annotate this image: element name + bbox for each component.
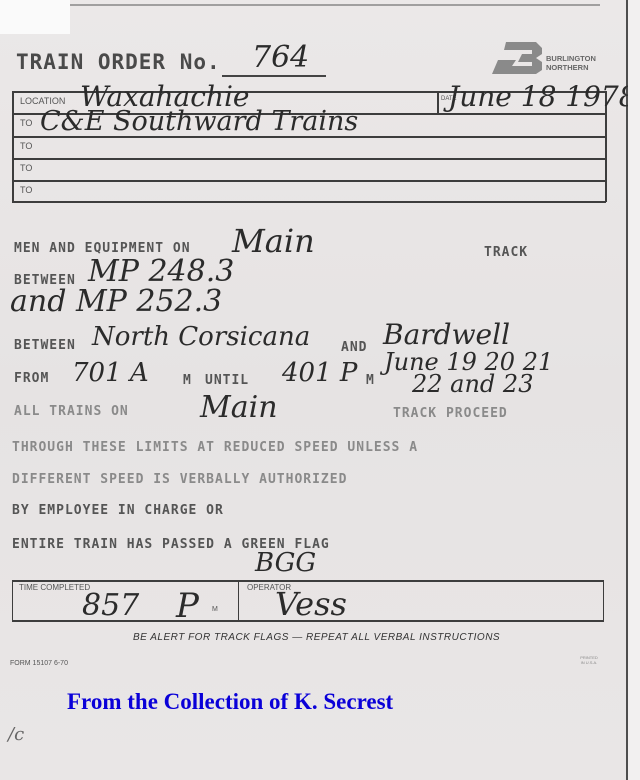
date-value: June 18 1978 [448, 80, 637, 113]
box-line [12, 580, 13, 621]
box-line [238, 580, 239, 621]
to-label-3: TO [20, 163, 32, 173]
collection-caption: From the Collection of K. Secrest [67, 689, 393, 715]
train-order-document: TRAIN ORDER No. 764 BURLINGTON NORTHERN … [0, 0, 628, 780]
box-line [12, 158, 606, 160]
location-label: LOCATION [20, 96, 65, 106]
time-until: 401 P [282, 358, 357, 388]
and-label: AND [341, 340, 367, 355]
to-label-1: TO [20, 118, 32, 128]
railroad-name-line2: NORTHERN [546, 63, 596, 72]
dates-line-2: 22 and 23 [412, 370, 533, 398]
bn-logo-icon [492, 40, 544, 76]
instruction-line-1: THROUGH THESE LIMITS AT REDUCED SPEED UN… [12, 440, 418, 455]
margin-mark: /c [8, 724, 24, 745]
form-title: TRAIN ORDER No. [16, 50, 221, 74]
time-from: 701 A [72, 358, 149, 388]
paper-top-edge [70, 4, 600, 6]
signature-initials: BGG [255, 548, 316, 578]
until-label: UNTIL [205, 373, 249, 388]
all-trains-label: ALL TRAINS ON [14, 404, 129, 419]
box-line [12, 180, 606, 182]
to-label-2: TO [20, 141, 32, 151]
m-label-1: M [183, 373, 192, 388]
instruction-line-2: DIFFERENT SPEED IS VERBALLY AUTHORIZED [12, 472, 347, 487]
order-number-underline [222, 75, 326, 77]
from-label: FROM [14, 371, 49, 386]
warning-text: BE ALERT FOR TRACK FLAGS — REPEAT ALL VE… [133, 632, 500, 643]
track-proceed-label: TRACK PROCEED [393, 406, 508, 421]
scan-margin [628, 0, 640, 780]
m-label-2: M [366, 373, 375, 388]
station-to: Bardwell [383, 318, 510, 351]
track-value-1: Main [232, 222, 315, 260]
instruction-line-3: BY EMPLOYEE IN CHARGE OR [12, 503, 224, 518]
printed-note: PRINTED IN U.S.A. [578, 655, 600, 665]
milepost-to: and MP 252.3 [10, 284, 222, 319]
time-completed-m: M [212, 606, 218, 613]
box-line [603, 580, 604, 621]
station-from: North Corsicana [92, 322, 310, 352]
torn-corner [0, 0, 70, 34]
box-line [12, 201, 606, 203]
time-completed-label: TIME COMPLETED [19, 583, 90, 592]
box-line [12, 91, 14, 202]
box-line [437, 91, 439, 113]
form-number: FORM 15107 6-70 [10, 660, 68, 667]
railroad-name: BURLINGTON NORTHERN [546, 54, 596, 72]
railroad-name-line1: BURLINGTON [546, 54, 596, 63]
time-completed-value: 857 [82, 588, 139, 623]
between-label-2: BETWEEN [14, 338, 76, 353]
to-label-4: TO [20, 185, 32, 195]
order-number: 764 [252, 40, 309, 75]
track-label-1: TRACK [484, 245, 528, 260]
to-value-1: C&E Southward Trains [40, 106, 358, 137]
operator-value: Vess [275, 585, 347, 623]
track-value-2: Main [200, 390, 278, 425]
time-completed-ampm: P [176, 586, 199, 626]
box-line [12, 580, 604, 582]
